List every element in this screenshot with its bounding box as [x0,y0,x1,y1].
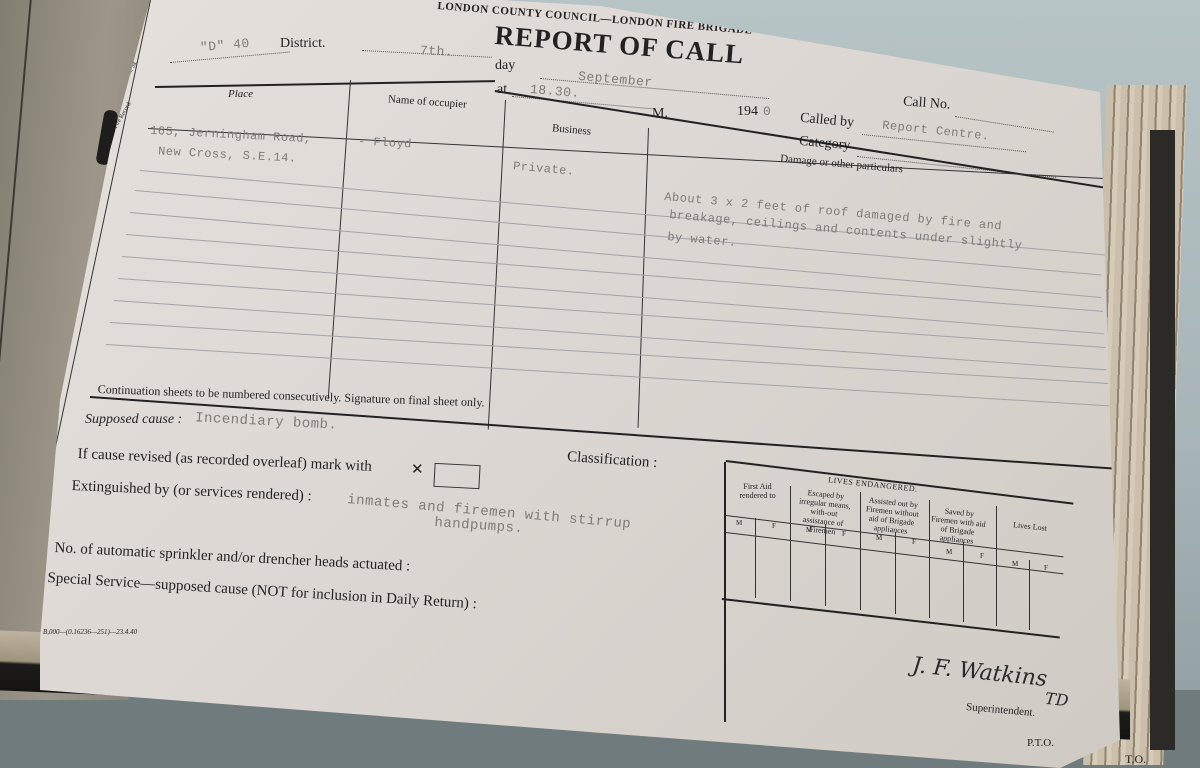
saved-f: F [980,552,984,560]
called-by-label: Called by [799,111,854,132]
col-header-place: Place [228,88,253,100]
signature-initials: TD [1044,689,1069,710]
month-value: September [577,69,653,90]
meridiem-label: M. [652,106,668,122]
saved-m: M [946,548,952,556]
lost-m: M [1012,560,1018,568]
grid-col [860,492,861,610]
damage-line-3: by water. [667,230,737,250]
grid-col [996,506,997,626]
escaped-f: F [842,530,846,538]
print-code: B,000—(0.16236—251)—23.4.40 [43,628,137,636]
book-cover [1150,130,1175,750]
business-value: Private. [513,159,576,178]
lives-grid-left-border [724,462,726,722]
day-value: 7th. [420,43,454,60]
grid-col [755,518,756,598]
ruled-line [114,300,1107,370]
escaped-m: M [806,526,812,534]
district-value: "D" 40 [199,36,250,55]
lives-grid-bottom-border [722,598,1060,638]
district-label: District. [280,36,326,52]
district-line [170,52,290,63]
cause-revised-label: If cause revised (as recorded overleaf) … [77,446,372,476]
assisted-f: F [912,538,916,546]
lost-f: F [1044,564,1048,572]
table-top-border [155,80,495,88]
grid-col [825,524,826,606]
assisted-m: M [876,534,882,542]
year-prefix: 194 [737,104,758,120]
col-divider-1 [328,80,352,399]
col-header-business: Business [552,122,592,137]
classification-label: Classification : [567,449,658,472]
extinguished-label: Extinguished by (or services rendered) : [71,478,312,505]
pto-label: P.T.O. [1027,737,1054,749]
superintendent-signature: J. F. Watkins [911,653,1048,692]
cause-revised-checkbox[interactable] [433,463,480,489]
col-header-occupier: Name of occupier [388,93,467,110]
grid-col [929,500,930,618]
special-service-label: Special Service—supposed cause (NOT for … [47,570,477,613]
grid-col [790,486,791,601]
grid-col [1029,560,1030,630]
first-aid-header: First Aid rendered to [735,482,780,500]
lives-lost-header: Lives Lost [1010,520,1051,533]
day-label: day [495,58,515,74]
first-aid-m: M [736,519,742,527]
report-sheet: Form 58. Fire Record. AIR RAID REPORT. L… [0,0,1200,768]
col-divider-3 [638,128,650,428]
ruled-line [118,278,1106,348]
underpage-pto: T.O. [1125,752,1146,767]
sprinkler-label: No. of automatic sprinkler and/or drench… [54,540,411,576]
ruled-line [122,256,1104,334]
left-page-rule [0,0,33,700]
superintendent-title: Superintendent. [966,701,1036,719]
grid-col [895,532,896,614]
continuation-note: Continuation sheets to be numbered conse… [97,382,484,410]
call-no-label: Call No. [902,94,950,113]
occupier-value: - Floyd [358,135,413,152]
called-by-value: Report Centre. [882,118,991,143]
first-aid-f: F [772,522,776,530]
col-header-damage: Damage or other particulars [780,153,904,176]
assisted-header: Assisted out by Firemen without aid of B… [860,495,923,537]
place-line-2: New Cross, S.E.14. [158,144,297,165]
place-line-1: 165, Jerningham Road, [150,124,312,146]
grid-col [963,542,964,622]
cross-mark-icon: ✕ [411,460,424,478]
year-suffix: 0 [763,104,771,119]
supposed-cause-label: Supposed cause : [85,412,182,428]
